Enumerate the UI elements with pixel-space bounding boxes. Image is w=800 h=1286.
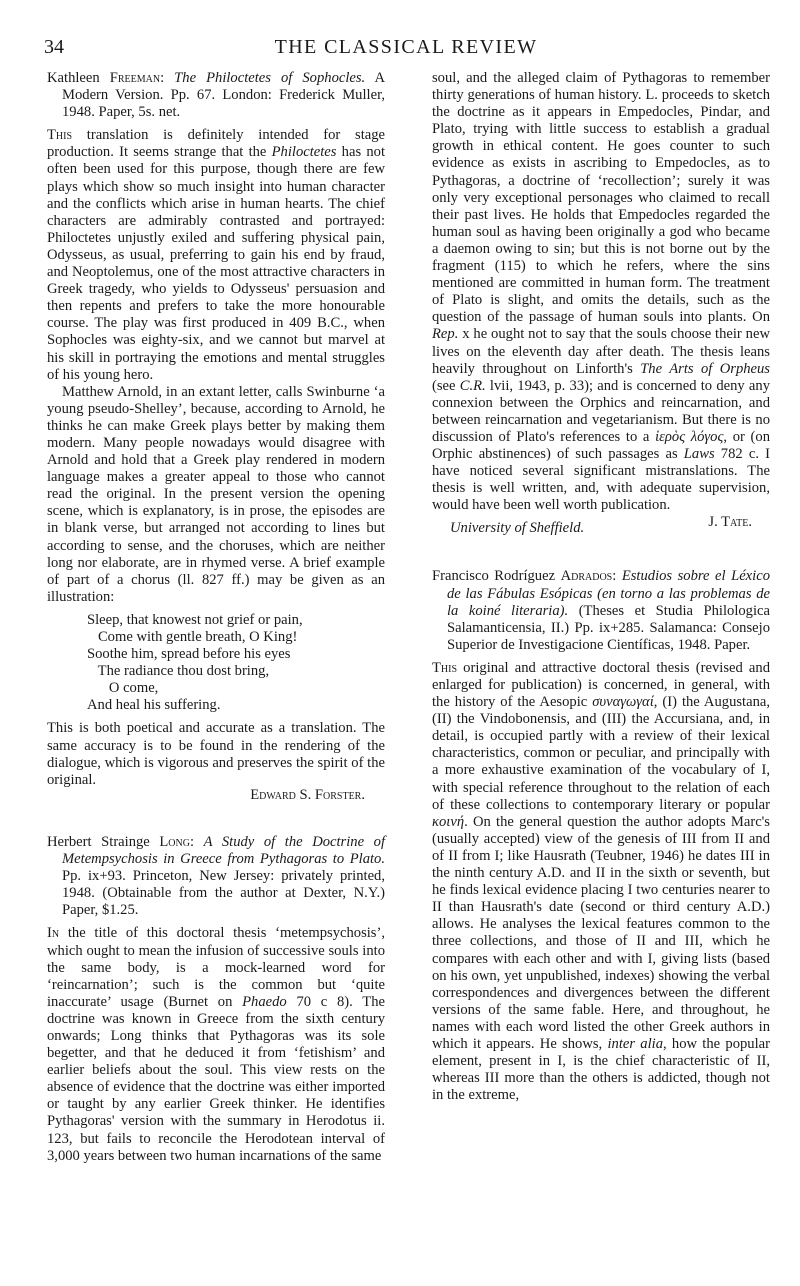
journal-title: THE CLASSICAL REVIEW (44, 36, 768, 59)
author-surname: Adrados (561, 568, 613, 584)
review-paragraph: In the title of this doctoral thesis ‘me… (47, 925, 385, 1164)
review-paragraph: This is both poetical and accurate as a … (47, 720, 385, 788)
book-title: The Philoctetes of Sophocles. (174, 70, 365, 86)
signature-row: University of Sheffield. J. Tate. (432, 516, 770, 538)
review-paragraph: This original and attractive doctoral th… (432, 660, 770, 1104)
review-paragraph: soul, and the alleged claim of Pythagora… (432, 70, 770, 514)
right-column: soul, and the alleged claim of Pythagora… (432, 70, 770, 1104)
author-surname: Long (159, 834, 190, 850)
left-column: Kathleen Freeman: The Philoctetes of Sop… (47, 70, 385, 1165)
review-heading-freeman: Kathleen Freeman: The Philoctetes of Sop… (47, 70, 385, 121)
publication-details: Pp. ix+93. Princeton, New Jersey: privat… (62, 868, 385, 918)
poem-quotation: Sleep, that knowest not grief or pain, C… (87, 612, 385, 715)
review-heading-long: Herbert Strainge Long: A Study of the Do… (47, 834, 385, 919)
review-paragraph: Matthew Arnold, in an extant letter, cal… (47, 384, 385, 606)
reviewer-affiliation: University of Sheffield. (450, 520, 584, 537)
author-surname: Freeman (110, 70, 160, 86)
review-heading-adrados: Francisco Rodríguez Adrados: Estudios so… (432, 568, 770, 653)
page-header: 34 THE CLASSICAL REVIEW (44, 36, 768, 62)
review-paragraph: This translation is definitely intended … (47, 127, 385, 383)
reviewer-signature: J. Tate. (708, 514, 752, 531)
reviewer-signature: Edward S. Forster. (47, 787, 385, 804)
